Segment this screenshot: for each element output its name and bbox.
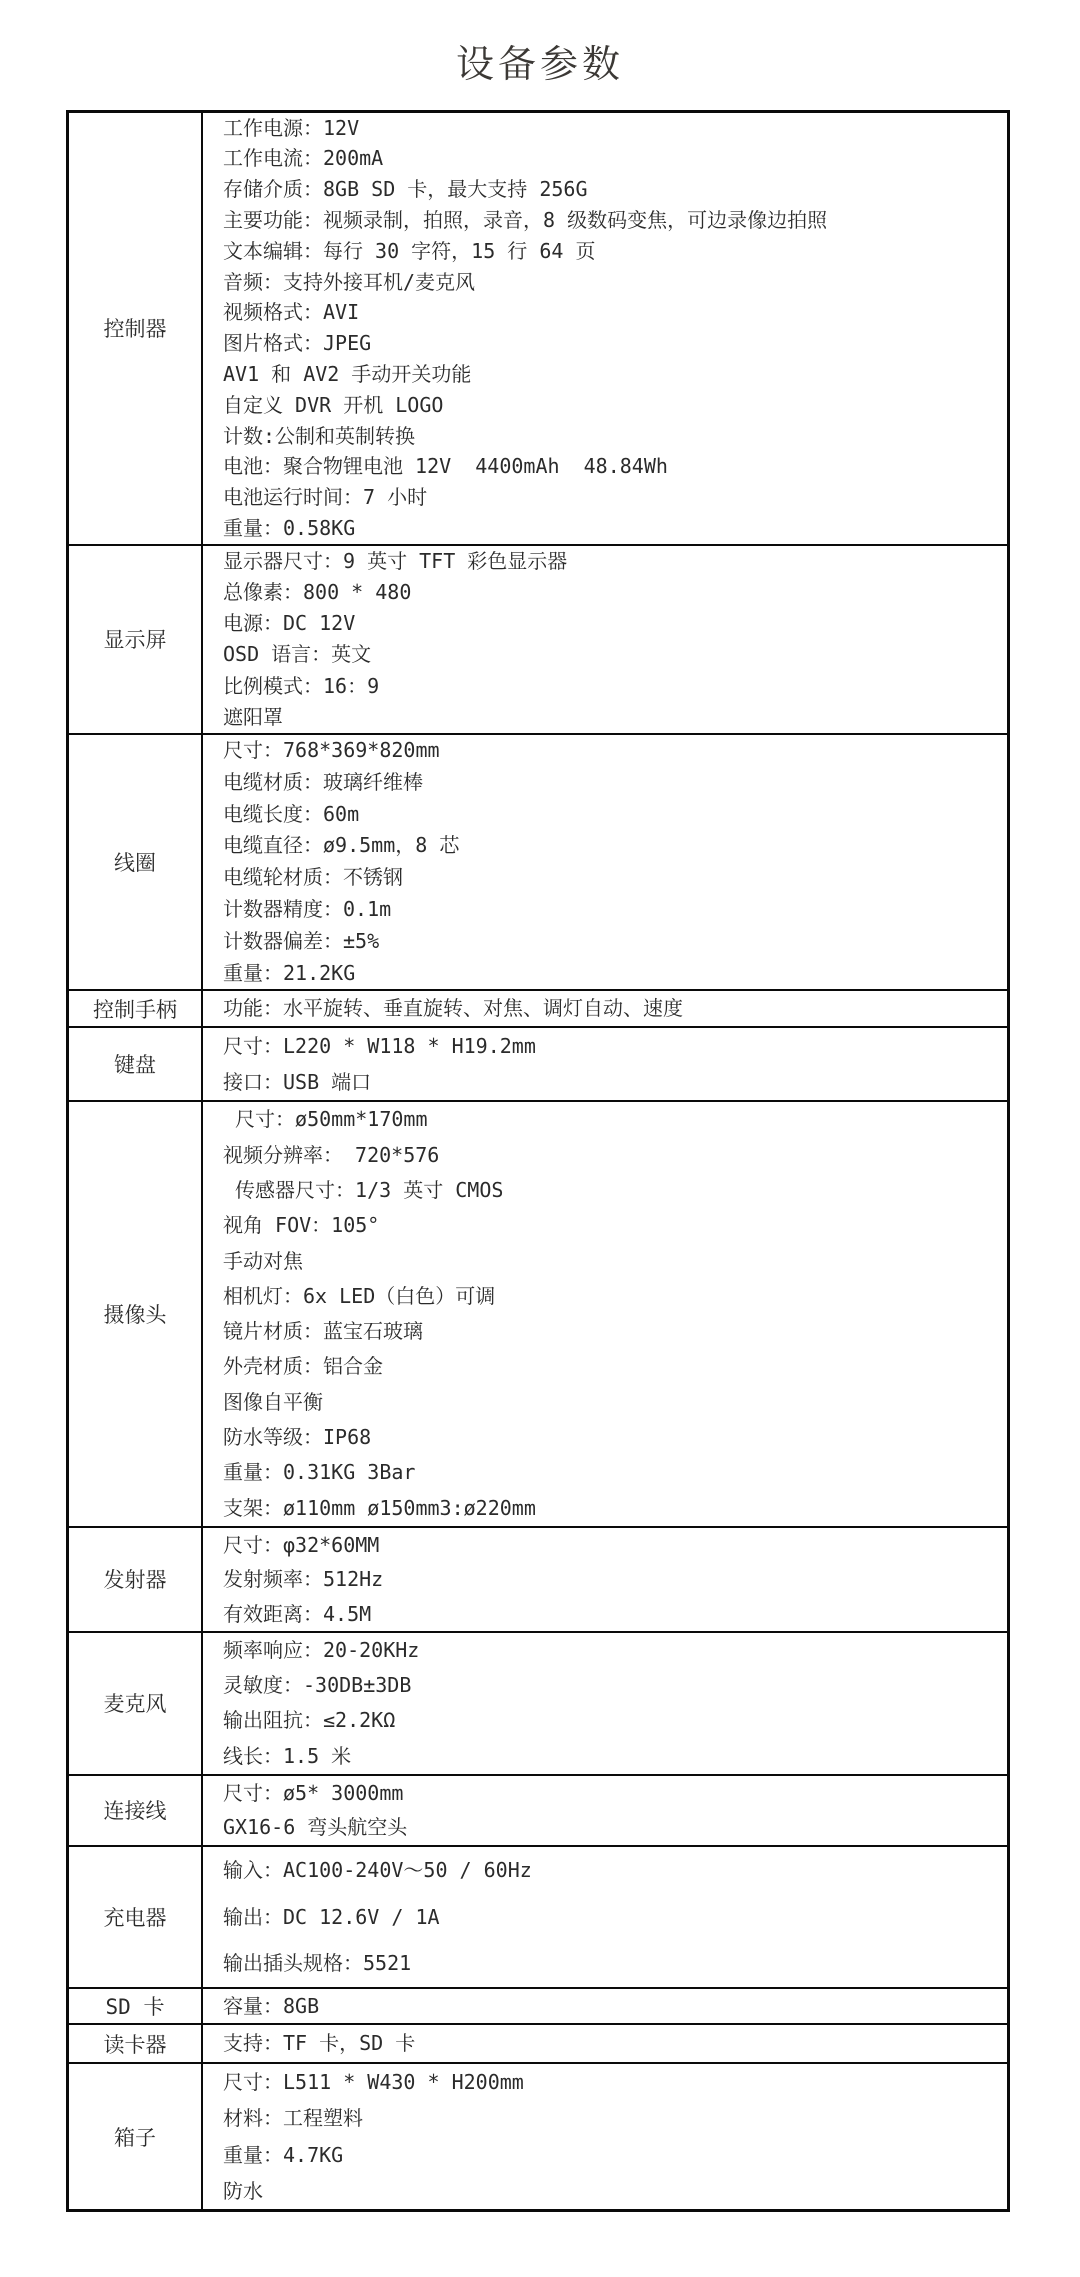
spec-section: 麦克风频率响应：20-20KHz灵敏度：-30DB±3DB输出阻抗：≤2.2KΩ… bbox=[69, 1631, 1007, 1774]
spec-line: 相机灯：6x LED（白色）可调 bbox=[223, 1279, 997, 1314]
spec-line: 图片格式：JPEG bbox=[223, 328, 997, 359]
spec-line: 遮阳罩 bbox=[223, 702, 997, 733]
spec-section: 发射器尺寸：φ32*60MM发射频率：512Hz有效距离：4.5M bbox=[69, 1526, 1007, 1631]
spec-line: 视频格式：AVI bbox=[223, 297, 997, 328]
spec-line: 线长：1.5 米 bbox=[223, 1739, 997, 1774]
spec-line: 存储介质：8GB SD 卡，最大支持 256G bbox=[223, 174, 997, 205]
section-values: 尺寸：768*369*820mm电缆材质：玻璃纤维棒电缆长度：60m电缆直径：ø… bbox=[203, 735, 1007, 989]
section-label: 连接线 bbox=[69, 1776, 203, 1845]
section-label: 线圈 bbox=[69, 735, 203, 989]
section-values: 尺寸：φ32*60MM发射频率：512Hz有效距离：4.5M bbox=[203, 1528, 1007, 1631]
section-values: 频率响应：20-20KHz灵敏度：-30DB±3DB输出阻抗：≤2.2KΩ线长：… bbox=[203, 1633, 1007, 1774]
spec-section: 充电器输入：AC100-240V〜50 / 60Hz输出：DC 12.6V / … bbox=[69, 1845, 1007, 1987]
spec-line: 文本编辑：每行 30 字符，15 行 64 页 bbox=[223, 236, 997, 267]
spec-line: 音频：支持外接耳机/麦克风 bbox=[223, 267, 997, 298]
section-values: 工作电源：12V工作电流：200mA存储介质：8GB SD 卡，最大支持 256… bbox=[203, 113, 1007, 544]
spec-section: 摄像头 尺寸：ø50mm*170mm视频分辨率： 720*576 传感器尺寸：1… bbox=[69, 1100, 1007, 1526]
spec-line: 视频分辨率： 720*576 bbox=[223, 1138, 997, 1173]
spec-line: 功能：水平旋转、垂直旋转、对焦、调灯自动、速度 bbox=[223, 991, 997, 1026]
section-label: 发射器 bbox=[69, 1528, 203, 1631]
spec-line: 防水等级：IP68 bbox=[223, 1420, 997, 1455]
section-label: 控制器 bbox=[69, 113, 203, 544]
spec-line: 支持：TF 卡，SD 卡 bbox=[223, 2025, 997, 2062]
spec-line: 重量：0.31KG 3Bar bbox=[223, 1455, 997, 1490]
section-label: 摄像头 bbox=[69, 1102, 203, 1526]
spec-line: 电池：聚合物锂电池 12V 4400mAh 48.84Wh bbox=[223, 451, 997, 482]
spec-line: 尺寸：L220 * W118 * H19.2mm bbox=[223, 1028, 997, 1064]
spec-line: 计数器偏差：±5% bbox=[223, 926, 997, 958]
spec-line: 电源：DC 12V bbox=[223, 608, 997, 639]
spec-section: 连接线尺寸：ø5* 3000mmGX16-6 弯头航空头 bbox=[69, 1774, 1007, 1845]
section-values: 容量：8GB bbox=[203, 1989, 1007, 2023]
spec-line: 有效距离：4.5M bbox=[223, 1597, 997, 1631]
spec-line: 重量：21.2KG bbox=[223, 958, 997, 990]
section-values: 显示器尺寸：9 英寸 TFT 彩色显示器总像素：800 * 480电源：DC 1… bbox=[203, 546, 1007, 733]
spec-line: 输出插头规格：5521 bbox=[223, 1940, 997, 1987]
spec-line: 频率响应：20-20KHz bbox=[223, 1633, 997, 1668]
spec-line: 外壳材质：铝合金 bbox=[223, 1349, 997, 1384]
section-values: 尺寸：ø5* 3000mmGX16-6 弯头航空头 bbox=[203, 1776, 1007, 1845]
spec-line: 总像素：800 * 480 bbox=[223, 577, 997, 608]
spec-section: 读卡器支持：TF 卡，SD 卡 bbox=[69, 2023, 1007, 2062]
spec-line: 容量：8GB bbox=[223, 1991, 997, 2021]
spec-line: 重量：0.58KG bbox=[223, 513, 997, 544]
spec-line: 防水 bbox=[223, 2173, 997, 2209]
spec-line: 比例模式：16：9 bbox=[223, 671, 997, 702]
spec-line: 材料：工程塑料 bbox=[223, 2100, 997, 2136]
spec-line: 接口：USB 端口 bbox=[223, 1064, 997, 1100]
spec-line: 主要功能：视频录制，拍照，录音，8 级数码变焦，可边录像边拍照 bbox=[223, 205, 997, 236]
section-values: 尺寸：ø50mm*170mm视频分辨率： 720*576 传感器尺寸：1/3 英… bbox=[203, 1102, 1007, 1526]
spec-section: 线圈尺寸：768*369*820mm电缆材质：玻璃纤维棒电缆长度：60m电缆直径… bbox=[69, 733, 1007, 989]
spec-line: 手动对焦 bbox=[223, 1244, 997, 1279]
spec-line: 传感器尺寸：1/3 英寸 CMOS bbox=[223, 1173, 997, 1208]
spec-line: 支架：ø110mm ø150mm3:ø220mm bbox=[223, 1491, 997, 1526]
spec-line: 电池运行时间：7 小时 bbox=[223, 482, 997, 513]
spec-line: 计数器精度：0.1m bbox=[223, 894, 997, 926]
spec-section: 键盘尺寸：L220 * W118 * H19.2mm接口：USB 端口 bbox=[69, 1026, 1007, 1100]
spec-line: 尺寸：L511 * W430 * H200mm bbox=[223, 2064, 997, 2100]
spec-line: 工作电源：12V bbox=[223, 113, 997, 144]
spec-line: 重量：4.7KG bbox=[223, 2137, 997, 2173]
spec-line: OSD 语言：英文 bbox=[223, 639, 997, 670]
spec-line: 电缆材质：玻璃纤维棒 bbox=[223, 767, 997, 799]
spec-line: AV1 和 AV2 手动开关功能 bbox=[223, 359, 997, 390]
spec-line: 镜片材质：蓝宝石玻璃 bbox=[223, 1314, 997, 1349]
section-values: 输入：AC100-240V〜50 / 60Hz输出：DC 12.6V / 1A输… bbox=[203, 1847, 1007, 1987]
section-values: 功能：水平旋转、垂直旋转、对焦、调灯自动、速度 bbox=[203, 991, 1007, 1026]
section-label: 箱子 bbox=[69, 2064, 203, 2209]
section-label: 充电器 bbox=[69, 1847, 203, 1987]
section-label: 显示屏 bbox=[69, 546, 203, 733]
page-title: 设备参数 bbox=[0, 0, 1080, 88]
spec-line: 发射频率：512Hz bbox=[223, 1562, 997, 1596]
spec-line: 电缆直径：ø9.5mm，8 芯 bbox=[223, 830, 997, 862]
section-label: 读卡器 bbox=[69, 2025, 203, 2062]
spec-table: 控制器工作电源：12V工作电流：200mA存储介质：8GB SD 卡，最大支持 … bbox=[66, 110, 1010, 2213]
spec-line: 尺寸：768*369*820mm bbox=[223, 735, 997, 767]
spec-section: SD 卡容量：8GB bbox=[69, 1987, 1007, 2023]
spec-line: 自定义 DVR 开机 LOGO bbox=[223, 390, 997, 421]
section-values: 支持：TF 卡，SD 卡 bbox=[203, 2025, 1007, 2062]
section-values: 尺寸：L220 * W118 * H19.2mm接口：USB 端口 bbox=[203, 1028, 1007, 1100]
section-label: 麦克风 bbox=[69, 1633, 203, 1774]
spec-line: 图像自平衡 bbox=[223, 1385, 997, 1420]
section-label: 键盘 bbox=[69, 1028, 203, 1100]
spec-line: 输出：DC 12.6V / 1A bbox=[223, 1894, 997, 1941]
spec-line: 工作电流：200mA bbox=[223, 143, 997, 174]
section-label: SD 卡 bbox=[69, 1989, 203, 2023]
spec-line: 尺寸：φ32*60MM bbox=[223, 1528, 997, 1562]
spec-line: 电缆轮材质：不锈钢 bbox=[223, 862, 997, 894]
spec-line: 输出阻抗：≤2.2KΩ bbox=[223, 1703, 997, 1738]
spec-section: 控制手柄功能：水平旋转、垂直旋转、对焦、调灯自动、速度 bbox=[69, 989, 1007, 1026]
spec-line: 视角 FOV：105° bbox=[223, 1208, 997, 1243]
section-label: 控制手柄 bbox=[69, 991, 203, 1026]
spec-line: 输入：AC100-240V〜50 / 60Hz bbox=[223, 1847, 997, 1894]
spec-line: 显示器尺寸：9 英寸 TFT 彩色显示器 bbox=[223, 546, 997, 577]
spec-line: GX16-6 弯头航空头 bbox=[223, 1810, 997, 1845]
spec-section: 箱子尺寸：L511 * W430 * H200mm材料：工程塑料重量：4.7KG… bbox=[69, 2062, 1007, 2209]
spec-line: 计数:公制和英制转换 bbox=[223, 421, 997, 452]
spec-line: 电缆长度：60m bbox=[223, 799, 997, 831]
spec-line: 尺寸：ø50mm*170mm bbox=[223, 1102, 997, 1137]
spec-line: 尺寸：ø5* 3000mm bbox=[223, 1776, 997, 1811]
spec-line: 灵敏度：-30DB±3DB bbox=[223, 1668, 997, 1703]
spec-section: 控制器工作电源：12V工作电流：200mA存储介质：8GB SD 卡，最大支持 … bbox=[69, 113, 1007, 544]
spec-section: 显示屏显示器尺寸：9 英寸 TFT 彩色显示器总像素：800 * 480电源：D… bbox=[69, 544, 1007, 733]
section-values: 尺寸：L511 * W430 * H200mm材料：工程塑料重量：4.7KG防水 bbox=[203, 2064, 1007, 2209]
